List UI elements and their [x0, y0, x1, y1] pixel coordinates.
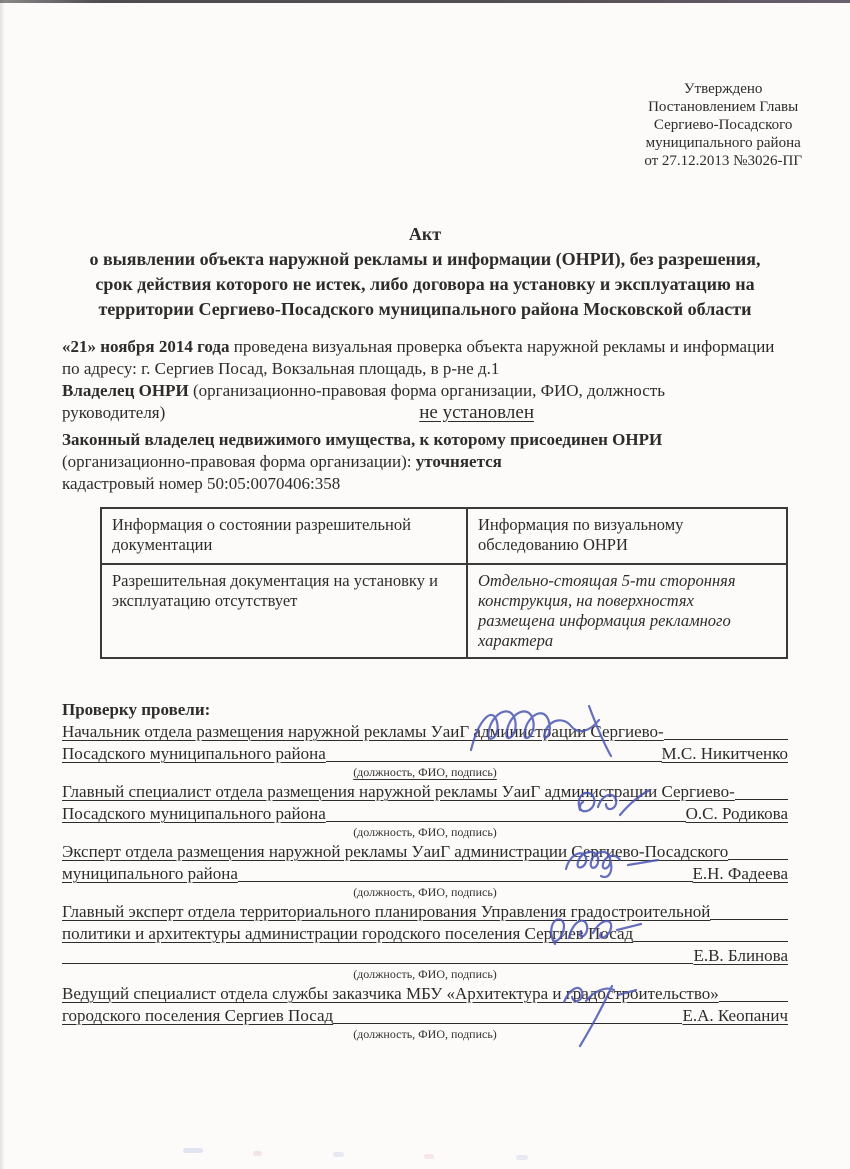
owner-status-wrap: не установлен	[165, 402, 788, 424]
cadastre-line: кадастровый номер 50:05:0070406:358	[62, 473, 788, 495]
owner-paragraph-text: (организационно-правовая форма организац…	[189, 381, 665, 400]
table-cell-permit-status: Разрешительная документация на установку…	[101, 564, 467, 658]
legal-owner-value: уточняется	[416, 452, 502, 471]
scan-left-edge	[0, 0, 5, 1169]
signer-position-line1: Начальник отдела размещения наружной рек…	[62, 721, 664, 743]
owner-status-line: руководителя) не установлен	[62, 402, 788, 429]
signer-block: Главный эксперт отдела территориального …	[62, 901, 788, 981]
act-subtitle: о выявлении объекта наружной рекламы и и…	[69, 247, 781, 322]
signer-position-line1: Эксперт отдела размещения наружной рекла…	[62, 841, 728, 863]
signature-caption: (должность, ФИО, подпись)	[353, 885, 497, 899]
scan-artifact	[253, 1151, 262, 1156]
signature-line	[664, 739, 788, 740]
signer-name: Е.Н. Фадеева	[693, 863, 788, 885]
owner-paragraph: Владелец ОНРИ (организационно-правовая ф…	[62, 380, 788, 402]
title-block: Акт о выявлении объекта наружной рекламы…	[62, 222, 788, 322]
table-row: Разрешительная документация на установку…	[101, 564, 787, 658]
owner-label: Владелец ОНРИ	[62, 381, 189, 400]
signer-position-line2: Посадского муниципального района	[62, 803, 326, 825]
signer-position-line2: муниципального района	[62, 863, 238, 885]
signature-line	[62, 963, 693, 964]
approval-line: Постановлением Главы	[644, 98, 802, 116]
signature-line	[326, 761, 662, 762]
signature-line	[333, 1023, 682, 1024]
legal-owner-label: Законный владелец недвижимого имущества,…	[62, 430, 662, 449]
signer-position-line1: Главный эксперт отдела территориального …	[62, 901, 710, 923]
table-cell-survey-result: Отдельно-стоящая 5-ти сторонняя конструк…	[467, 564, 787, 658]
scan-artifact	[516, 1155, 528, 1160]
signer-name: Е.А. Кеопанич	[682, 1005, 788, 1027]
signer-name: О.С. Родикова	[686, 803, 788, 825]
inspection-section: Проверку провели: Начальник отдела разме…	[62, 699, 788, 1041]
signer-block: Эксперт отдела размещения наружной рекла…	[62, 841, 788, 899]
scan-artifact	[424, 1154, 434, 1159]
inspection-date: «21» ноября 2014 года	[62, 337, 229, 356]
approval-line: Утверждено	[644, 80, 802, 98]
signer-block: Начальник отдела размещения наружной рек…	[62, 721, 788, 779]
legal-owner-form-line: (организационно-правовая форма организац…	[62, 451, 788, 473]
signature-caption: (должность, ФИО, подпись)	[353, 825, 497, 839]
signature-caption: (должность, ФИО, подпись)	[353, 765, 497, 779]
owner-status-value: не установлен	[419, 402, 534, 423]
scan-artifact	[333, 1152, 344, 1157]
signer-name: М.С. Никитченко	[662, 743, 788, 765]
signature-line	[633, 941, 788, 942]
signature-caption: (должность, ФИО, подпись)	[353, 967, 497, 981]
approval-line: Сергиево-Посадского	[644, 116, 802, 134]
signer-name: Е.В. Блинова	[693, 945, 788, 967]
signature-line	[728, 859, 788, 860]
scan-artifact	[183, 1148, 203, 1153]
table-header-row: Информация о состоянии разрешительной до…	[101, 508, 787, 564]
info-table: Информация о состоянии разрешительной до…	[100, 507, 788, 659]
inspection-heading: Проверку провели:	[62, 699, 788, 721]
act-title: Акт	[62, 222, 788, 247]
signature-line	[326, 821, 686, 822]
signer-block: Главный специалист отдела размещения нар…	[62, 781, 788, 839]
signature-line	[710, 919, 788, 920]
signature-line	[735, 799, 788, 800]
intro-section: «21» ноября 2014 года проведена визуальн…	[62, 336, 788, 495]
approval-block: Утверждено Постановлением Главы Сергиево…	[644, 80, 802, 170]
signer-position-line2: политики и архитектуры администрации гор…	[62, 923, 633, 945]
document-content: Утверждено Постановлением Главы Сергиево…	[62, 0, 788, 1043]
signer-position-line2: городского поселения Сергиев Посад	[62, 1005, 333, 1027]
signature-line	[238, 881, 693, 882]
approval-line: муниципального района	[644, 134, 802, 152]
table-header-visual-survey: Информация по визуальному обследованию О…	[467, 508, 787, 564]
legal-owner-line: Законный владелец недвижимого имущества,…	[62, 429, 788, 451]
document-page: Утверждено Постановлением Главы Сергиево…	[0, 0, 850, 1169]
owner-paragraph-tail: руководителя)	[62, 402, 165, 424]
signature-line	[719, 1001, 788, 1002]
approval-line: от 27.12.2013 №3026-ПГ	[644, 152, 802, 170]
legal-owner-form-text: (организационно-правовая форма организац…	[62, 452, 416, 471]
signature-caption: (должность, ФИО, подпись)	[353, 1027, 497, 1041]
date-paragraph: «21» ноября 2014 года проведена визуальн…	[62, 336, 788, 380]
signer-position-line1: Ведущий специалист отдела службы заказчи…	[62, 983, 719, 1005]
signer-position-line2: Посадского муниципального района	[62, 743, 326, 765]
table-header-permit-docs: Информация о состоянии разрешительной до…	[101, 508, 467, 564]
signer-position-line1: Главный специалист отдела размещения нар…	[62, 781, 735, 803]
signer-block: Ведущий специалист отдела службы заказчи…	[62, 983, 788, 1041]
